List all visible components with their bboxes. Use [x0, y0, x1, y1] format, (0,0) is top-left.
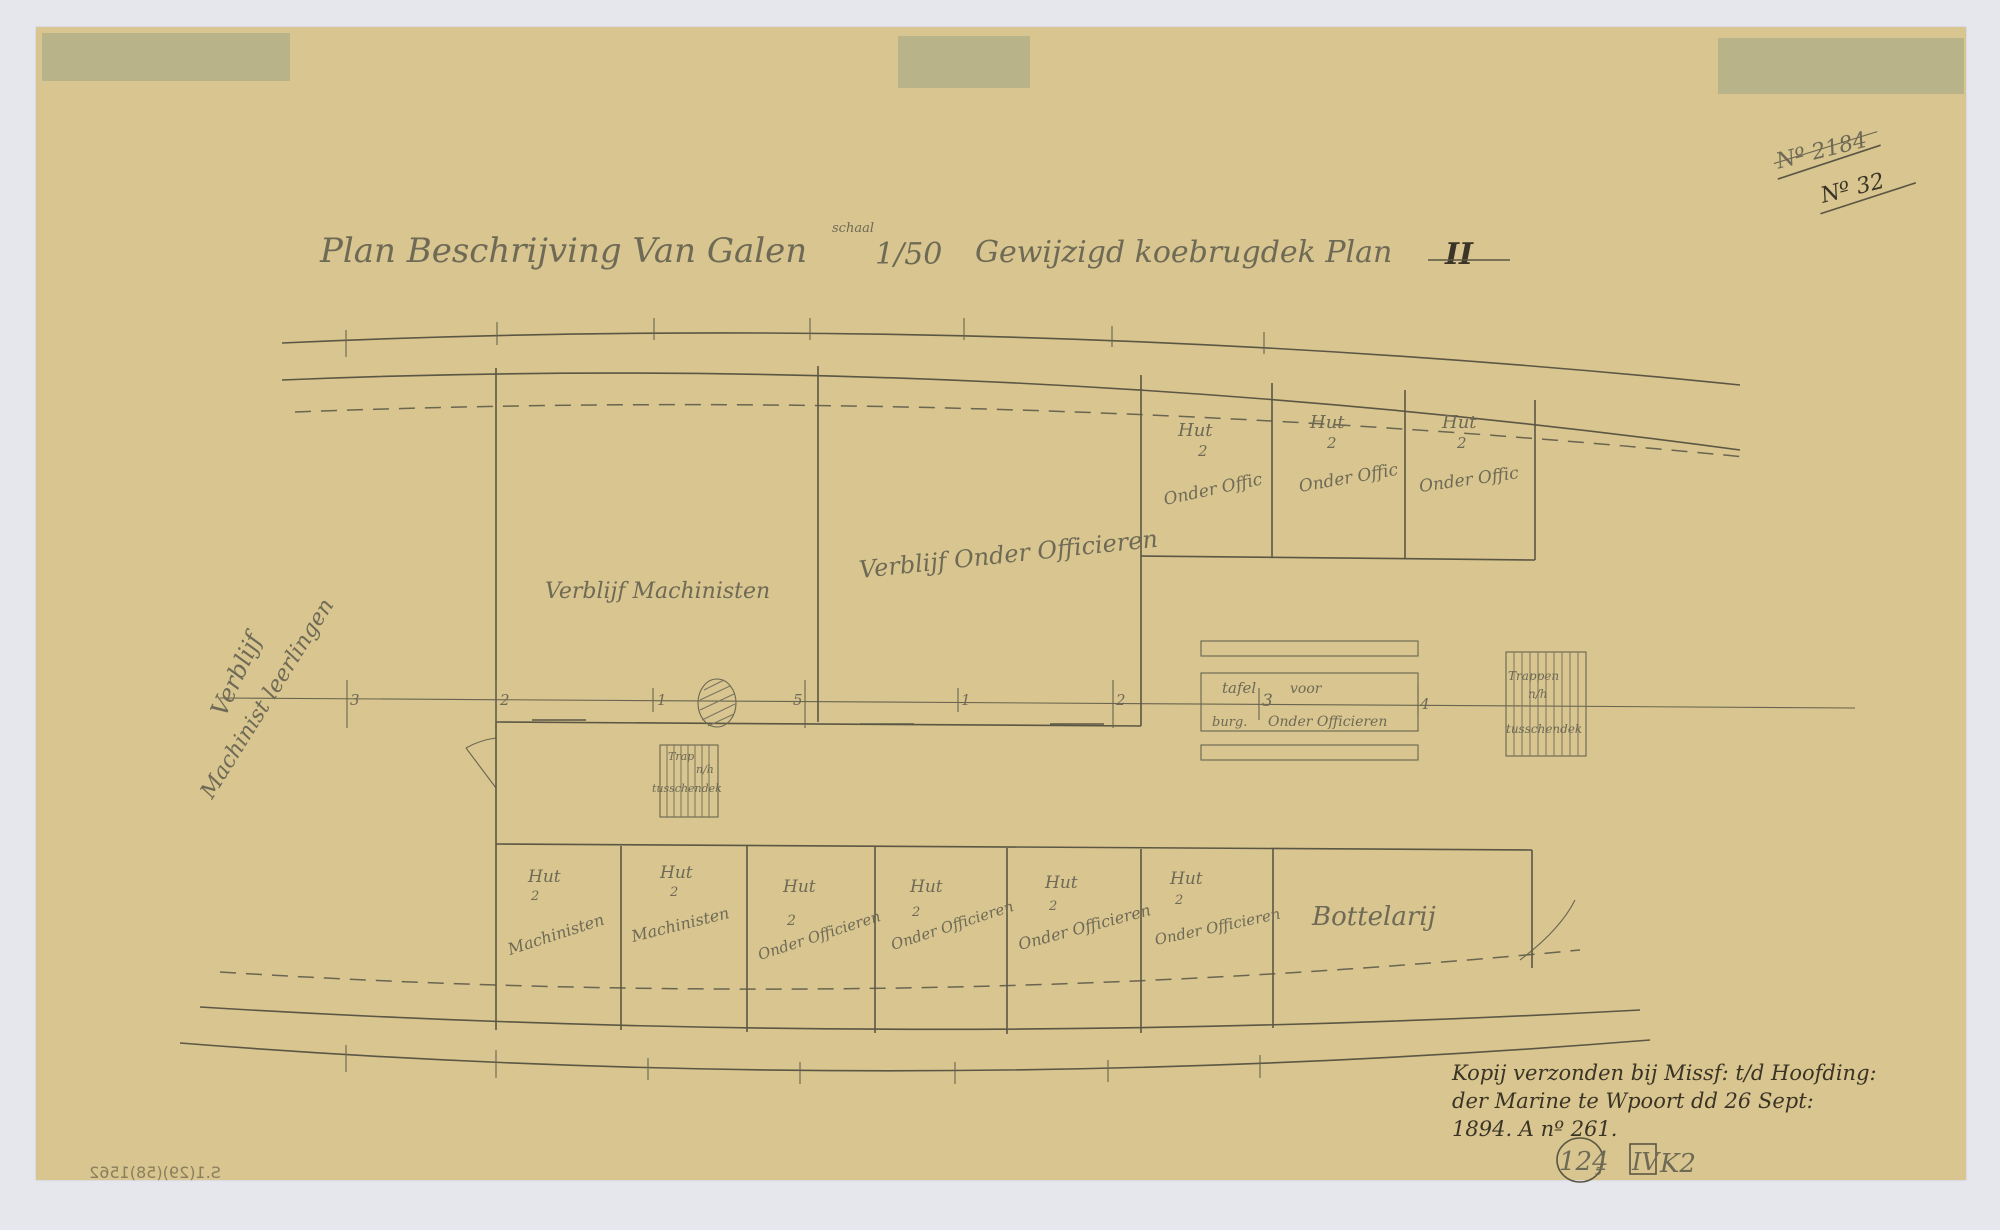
svg-text:n/h: n/h	[696, 763, 714, 776]
svg-text:Hut: Hut	[659, 863, 693, 883]
svg-text:2: 2	[1197, 442, 1208, 460]
svg-text:3: 3	[350, 691, 360, 709]
svg-text:Hut: Hut	[782, 877, 816, 897]
svg-text:voor: voor	[1290, 681, 1323, 697]
svg-text:Onder Offic: Onder Offic	[1162, 469, 1265, 510]
svg-text:2: 2	[499, 691, 510, 709]
svg-text:Trap: Trap	[668, 750, 694, 763]
svg-text:Machinisten: Machinisten	[628, 903, 731, 946]
svg-text:Onder Officieren: Onder Officieren	[1016, 900, 1153, 954]
svg-text:5: 5	[793, 691, 803, 709]
cabin-lower-6: Hut 2 Onder Officieren	[1153, 869, 1282, 949]
svg-text:der Marine te Wpoort dd 26 Sep: der Marine te Wpoort dd 26 Sept:	[1452, 1089, 1814, 1113]
svg-text:2: 2	[911, 905, 920, 920]
plan-title: Plan Beschrijving Van Galen	[319, 231, 807, 271]
svg-text:tusschendek: tusschendek	[1506, 722, 1582, 736]
svg-text:2: 2	[786, 913, 796, 929]
cabin-lower-3: Hut 2 Onder Officieren	[756, 877, 883, 964]
mess-table: tafel voor burg. Onder Officieren	[1201, 641, 1418, 760]
archive-stamps: 124 5 IV K2	[1557, 1138, 1696, 1182]
svg-text:n/h: n/h	[1528, 687, 1548, 701]
stair-right: Trappen n/h tusschendek	[1506, 652, 1586, 756]
svg-text:3: 3	[1262, 691, 1273, 711]
svg-text:Onder Officieren: Onder Officieren	[1268, 714, 1387, 730]
cabin-hut-1: Hut 2 Onder Offic	[1162, 420, 1265, 510]
plan-subtitle: Gewijzigd koebrugdek Plan	[975, 235, 1392, 270]
room-label-bottelarij: Bottelarij	[1311, 902, 1436, 932]
svg-text:Hut: Hut	[1044, 873, 1078, 893]
lower-rooms: Hut 2 Machinisten Hut 2 Machinisten Hut …	[496, 722, 1532, 1034]
svg-text:Hut: Hut	[1309, 412, 1345, 433]
svg-text:2: 2	[669, 885, 678, 900]
svg-text:tafel: tafel	[1222, 679, 1256, 697]
plan-number: II	[1444, 237, 1474, 272]
svg-text:2: 2	[1456, 434, 1467, 452]
scale-superscript: schaal	[832, 221, 874, 236]
cabin-lower-1: Hut 2 Machinisten	[504, 867, 606, 959]
svg-text:Onder Offic: Onder Offic	[1418, 463, 1521, 497]
svg-text:Onder Officieren: Onder Officieren	[889, 897, 1016, 954]
reference-numbers: Nº 2184 Nº 32	[1771, 119, 1918, 222]
svg-text:Onder Officieren: Onder Officieren	[1153, 905, 1282, 949]
boxed-roman: IV	[1631, 1148, 1661, 1176]
svg-text:Hut: Hut	[1177, 420, 1213, 441]
svg-text:1: 1	[961, 691, 971, 709]
mast-icon	[698, 679, 736, 727]
svg-text:5: 5	[1595, 1165, 1602, 1178]
archive-mark-mirrored: S.1(29)(58)1562	[89, 1163, 221, 1182]
cabin-lower-2: Hut 2 Machinisten	[628, 863, 731, 946]
cabin-hut-3: Hut 2 Onder Offic	[1418, 412, 1521, 497]
svg-text:1894. A nº 261.: 1894. A nº 261.	[1452, 1117, 1617, 1141]
svg-text:Hut: Hut	[909, 877, 943, 897]
cabin-lower-4: Hut 2 Onder Officieren	[889, 877, 1016, 954]
room-label: Verblijf Machinisten	[545, 579, 770, 604]
svg-text:2: 2	[1115, 691, 1126, 709]
plan-scale: 1/50	[875, 237, 942, 272]
svg-text:4: 4	[1419, 695, 1430, 713]
svg-text:2: 2	[530, 889, 539, 904]
left-area-label: Verblijf Machinist leerlingen	[195, 594, 339, 804]
stair-left: Trap n/h tusschendek	[652, 745, 722, 817]
svg-text:1: 1	[657, 691, 667, 709]
svg-text:tusschendek: tusschendek	[652, 782, 722, 795]
room-label: Verblijf Onder Officieren	[858, 525, 1159, 584]
svg-text:2: 2	[1326, 434, 1337, 452]
deck-plan-drawing: Plan Beschrijving Van Galen schaal 1/50 …	[0, 0, 2000, 1230]
svg-text:Kopij verzonden bij Missf: t/d: Kopij verzonden bij Missf: t/d Hoofding:	[1451, 1061, 1877, 1085]
ref-struck: Nº 2184	[1773, 128, 1870, 175]
svg-text:Hut: Hut	[1441, 412, 1477, 433]
svg-text:Hut: Hut	[1169, 869, 1203, 889]
svg-text:Onder Officieren: Onder Officieren	[756, 907, 883, 964]
cabin-lower-5: Hut 2 Onder Officieren	[1016, 873, 1153, 954]
svg-text:burg.: burg.	[1212, 715, 1247, 730]
svg-text:S.1(29)(58)1562: S.1(29)(58)1562	[89, 1163, 221, 1182]
title-block: Plan Beschrijving Van Galen schaal 1/50 …	[319, 221, 1510, 272]
svg-text:Machinisten: Machinisten	[504, 910, 606, 959]
cabin-hut-2: Hut 2 Onder Offic	[1297, 412, 1400, 497]
center-line	[220, 698, 1855, 708]
svg-text:2: 2	[1048, 899, 1057, 914]
svg-text:Onder Offic: Onder Offic	[1297, 460, 1400, 497]
stamp-code: K2	[1659, 1149, 1696, 1179]
svg-text:Trappen: Trappen	[1508, 669, 1559, 683]
svg-text:2: 2	[1174, 893, 1183, 908]
svg-text:Hut: Hut	[527, 867, 561, 887]
dispatch-note: Kopij verzonden bij Missf: t/d Hoofding:…	[1451, 1061, 1877, 1141]
